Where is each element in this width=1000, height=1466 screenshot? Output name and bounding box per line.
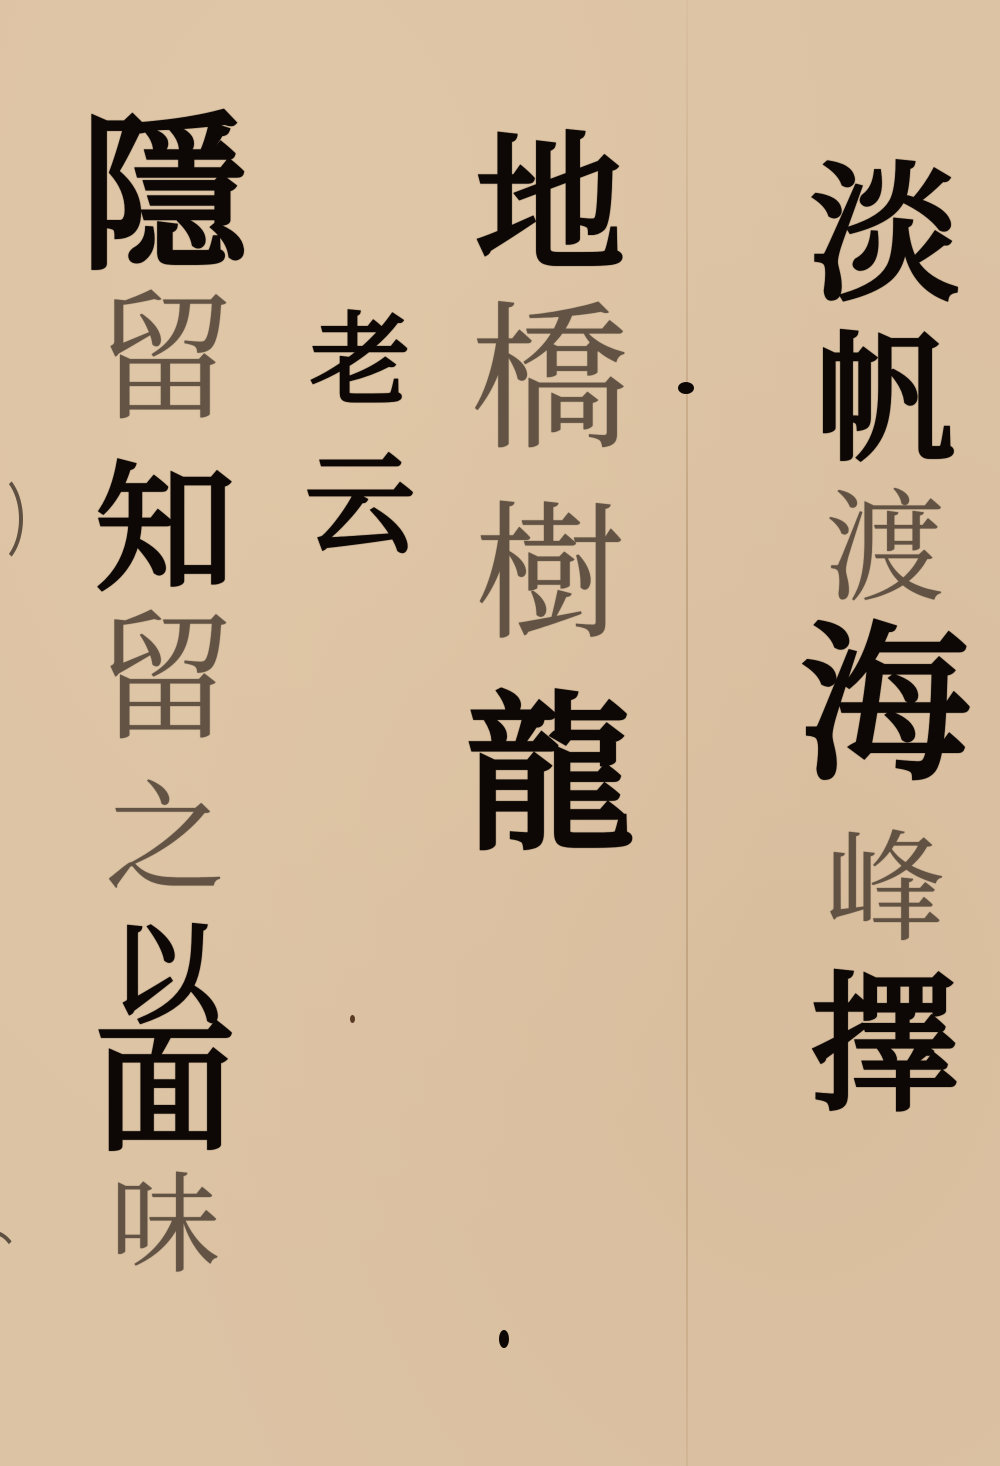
glyph: 之 <box>105 780 225 920</box>
glyph: 海 <box>800 620 970 830</box>
paper-seam <box>686 0 688 1466</box>
glyph: 留 <box>95 290 235 460</box>
ink-speck <box>350 1015 355 1023</box>
glyph: 留 <box>95 610 235 780</box>
edge-ink-arc <box>0 470 23 568</box>
glyph: 橋 <box>470 300 630 500</box>
glyph: 面 <box>95 1020 235 1170</box>
glyph: 帆 <box>815 330 955 490</box>
glyph: 樹 <box>475 500 625 690</box>
calligraphy-paper: 淡 帆 渡 海 峰 擇 地 橋 樹 龍 老 云 隱 留 知 留 之 以 面 味 <box>0 0 1000 1466</box>
ink-dot <box>499 1330 509 1348</box>
glyph: 知 <box>95 460 235 610</box>
right-column: 淡 帆 渡 海 峰 擇 <box>790 160 980 1140</box>
glyph: 云 <box>305 450 415 610</box>
glyph: 味 <box>110 1170 220 1290</box>
glyph: 擇 <box>810 970 960 1140</box>
punctuation-dot <box>678 382 694 394</box>
center-column: 地 橋 樹 龍 <box>440 130 660 890</box>
glyph: 龍 <box>465 690 635 890</box>
small-column: 老 云 <box>300 310 420 610</box>
glyph: 隱 <box>80 110 250 290</box>
glyph: 淡 <box>810 160 960 330</box>
glyph: 老 <box>310 310 410 450</box>
glyph: 地 <box>475 130 625 300</box>
glyph: 峰 <box>825 830 945 970</box>
glyph: 渡 <box>825 490 945 620</box>
edge-ink-arc <box>0 1230 23 1328</box>
left-column: 隱 留 知 留 之 以 面 味 <box>50 110 280 1290</box>
glyph: 以 <box>110 920 220 1020</box>
